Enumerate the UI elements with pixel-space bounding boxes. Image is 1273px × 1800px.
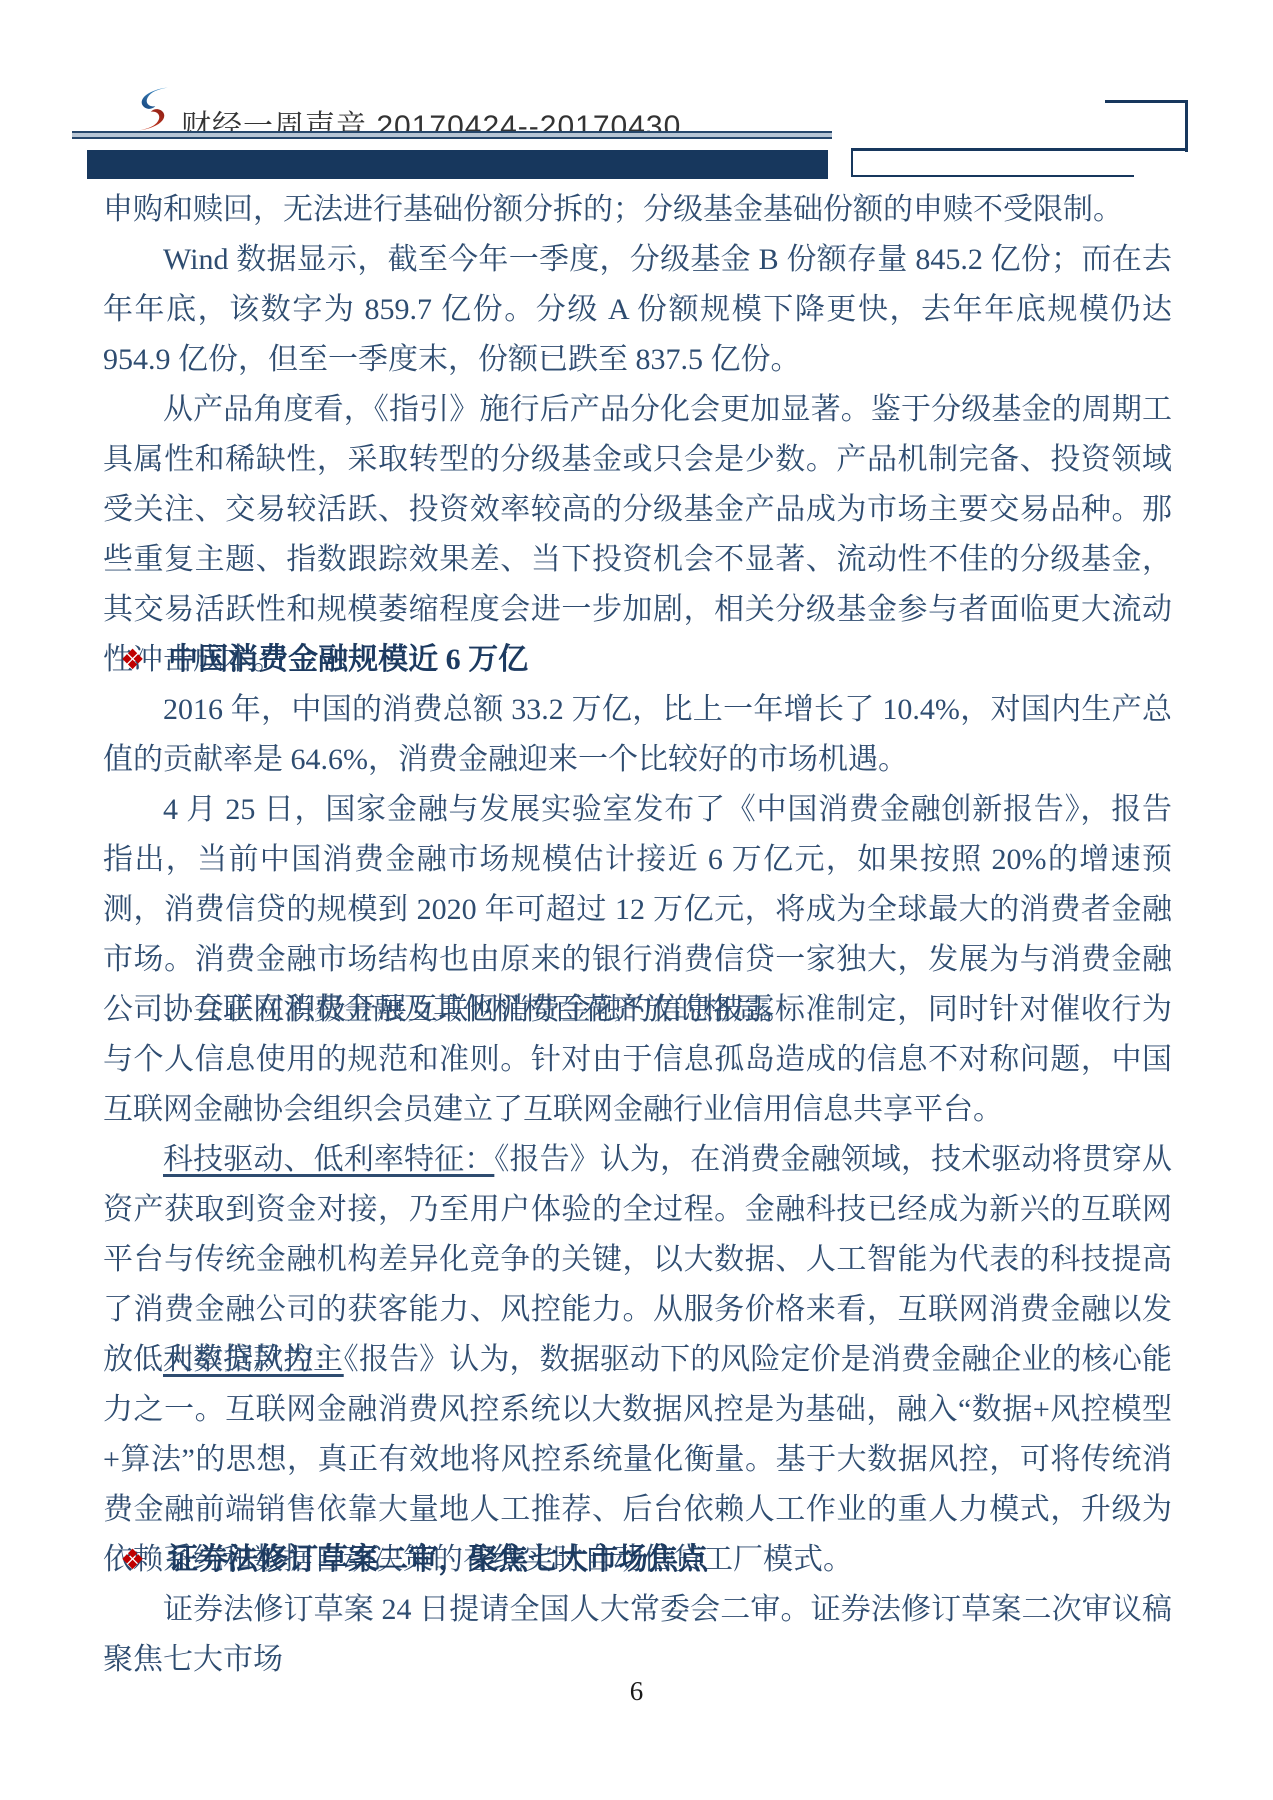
paragraph-fund-redemption: 申购和赎回，无法进行基础份额分拆的；分级基金基础份额的申赎不受限制。 [103, 185, 1172, 235]
section-heading-consumer-finance: ❖中国消费金融规模近 6 万亿 [103, 635, 1189, 685]
header-decoration-box-bottom [851, 151, 1134, 177]
header-decoration-box-top [1105, 100, 1188, 152]
document-page: 财经一周声音 20170424--20170430 申购和赎回，无法进行基础份额… [0, 0, 1273, 1800]
paragraph-wind-data: Wind 数据显示，截至今年一季度，分级基金 B 份额存量 845.2 亿份；而… [103, 235, 1172, 385]
paragraph-securities-draft: 证券法修订草案 24 日提请全国人大常委会二审。证券法修订草案二次审议稿聚焦七大… [103, 1585, 1172, 1685]
header-navy-bar [87, 150, 828, 179]
underlined-lead-big-data: 大数据风控： [163, 1343, 344, 1376]
header-divider-rule [72, 131, 832, 139]
section-heading-securities-law: ❖证券法修订草案二审，聚焦七大市场焦点 [103, 1535, 1189, 1585]
diamond-bullet-icon: ❖ [120, 643, 145, 676]
company-s-logo-icon [136, 86, 170, 132]
diamond-bullet-icon: ❖ [120, 1543, 145, 1576]
paragraph-2016-consumption: 2016 年，中国的消费总额 33.2 万亿，比上一年增长了 10.4%，对国内… [103, 685, 1172, 785]
section-heading-text: 证券法修订草案二审，聚焦七大市场焦点 [168, 1543, 708, 1576]
paragraph-association-standards: 协会正在积极开展互联网消费金融的信息披露标准制定，同时针对催收行为与个人信息使用… [103, 985, 1172, 1135]
page-number: 6 [0, 1676, 1273, 1707]
underlined-lead-tech-driven: 科技驱动、低利率特征： [163, 1143, 494, 1176]
section-heading-text: 中国消费金融规模近 6 万亿 [168, 643, 528, 676]
